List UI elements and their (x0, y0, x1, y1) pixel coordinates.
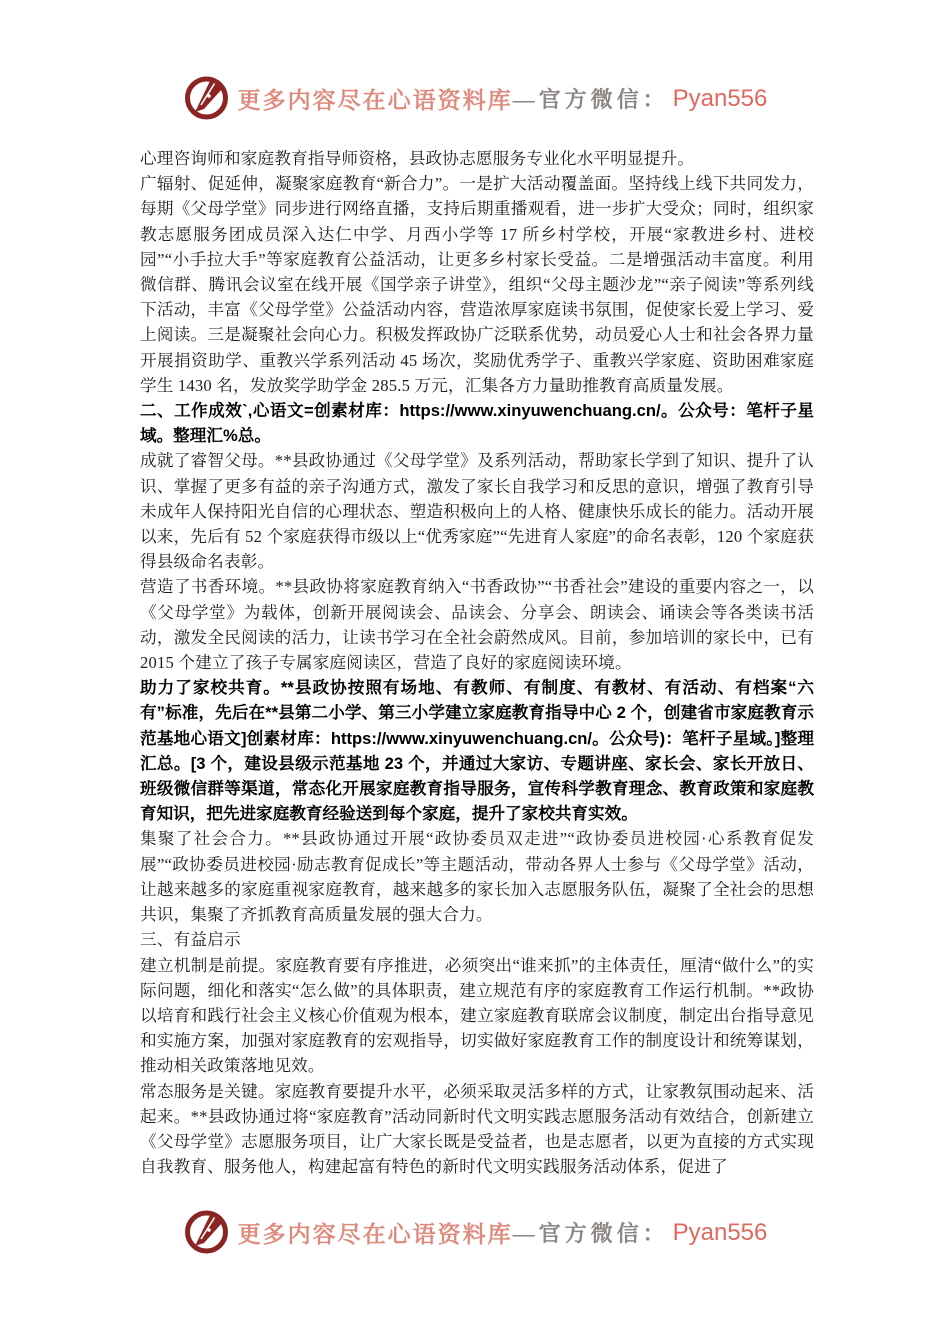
paragraph: 营造了书香环境。**县政协将家庭教育纳入“书香政协”“书香社会”建设的重要内容之… (140, 574, 814, 675)
paragraph: 建立机制是前提。家庭教育要有序推进，必须突出“谁来抓”的主体责任，厘清“做什么”… (140, 953, 814, 1079)
watermark-wechat-id: Pyan556 (673, 1219, 768, 1247)
watermark-wechat-id: Pyan556 (673, 85, 768, 113)
document-body: 心理咨询师和家庭教育指导师资格，县政协志愿服务专业化水平明显提升。广辐射、促延伸… (140, 146, 814, 1179)
watermark-main-text: 更多内容尽在心语资料库 (238, 82, 513, 115)
watermark-wechat-label: —官方微信： (513, 1217, 669, 1248)
watermark-header: 更多内容尽在心语资料库 —官方微信： Pyan556 (0, 72, 950, 125)
paragraph: 心理咨询师和家庭教育指导师资格，县政协志愿服务专业化水平明显提升。 (140, 146, 814, 171)
paragraph: 助力了家校共育。**县政协按照有场地、有教师、有制度、有教材、有活动、有档案“六… (140, 675, 814, 826)
xinyu-pen-logo-icon (183, 72, 230, 125)
paragraph: 集聚了社会合力。**县政协通过开展“政协委员双走进”“政协委员进校园·心系教育促… (140, 826, 814, 927)
watermark-wechat-label: —官方微信： (513, 83, 669, 114)
document-page: 更多内容尽在心语资料库 —官方微信： Pyan556 心理咨询师和家庭教育指导师… (0, 0, 950, 1344)
section-heading: 二、工作成效`,心语文=创素材库：https://www.xinyuwenchu… (140, 398, 814, 448)
watermark-footer: 更多内容尽在心语资料库 —官方微信： Pyan556 (0, 1206, 950, 1259)
paragraph: 成就了睿智父母。**县政协通过《父母学堂》及系列活动，帮助家长学到了知识、提升了… (140, 448, 814, 574)
paragraph: 三、有益启示 (140, 927, 814, 952)
xinyu-pen-logo-icon (183, 1206, 230, 1259)
watermark-main-text: 更多内容尽在心语资料库 (238, 1216, 513, 1249)
paragraph: 广辐射、促延伸，凝聚家庭教育“新合力”。一是扩大活动覆盖面。坚持线上线下共同发力… (140, 171, 814, 398)
paragraph: 常态服务是关键。家庭教育要提升水平，必须采取灵活多样的方式，让家教氛围动起来、活… (140, 1079, 814, 1180)
